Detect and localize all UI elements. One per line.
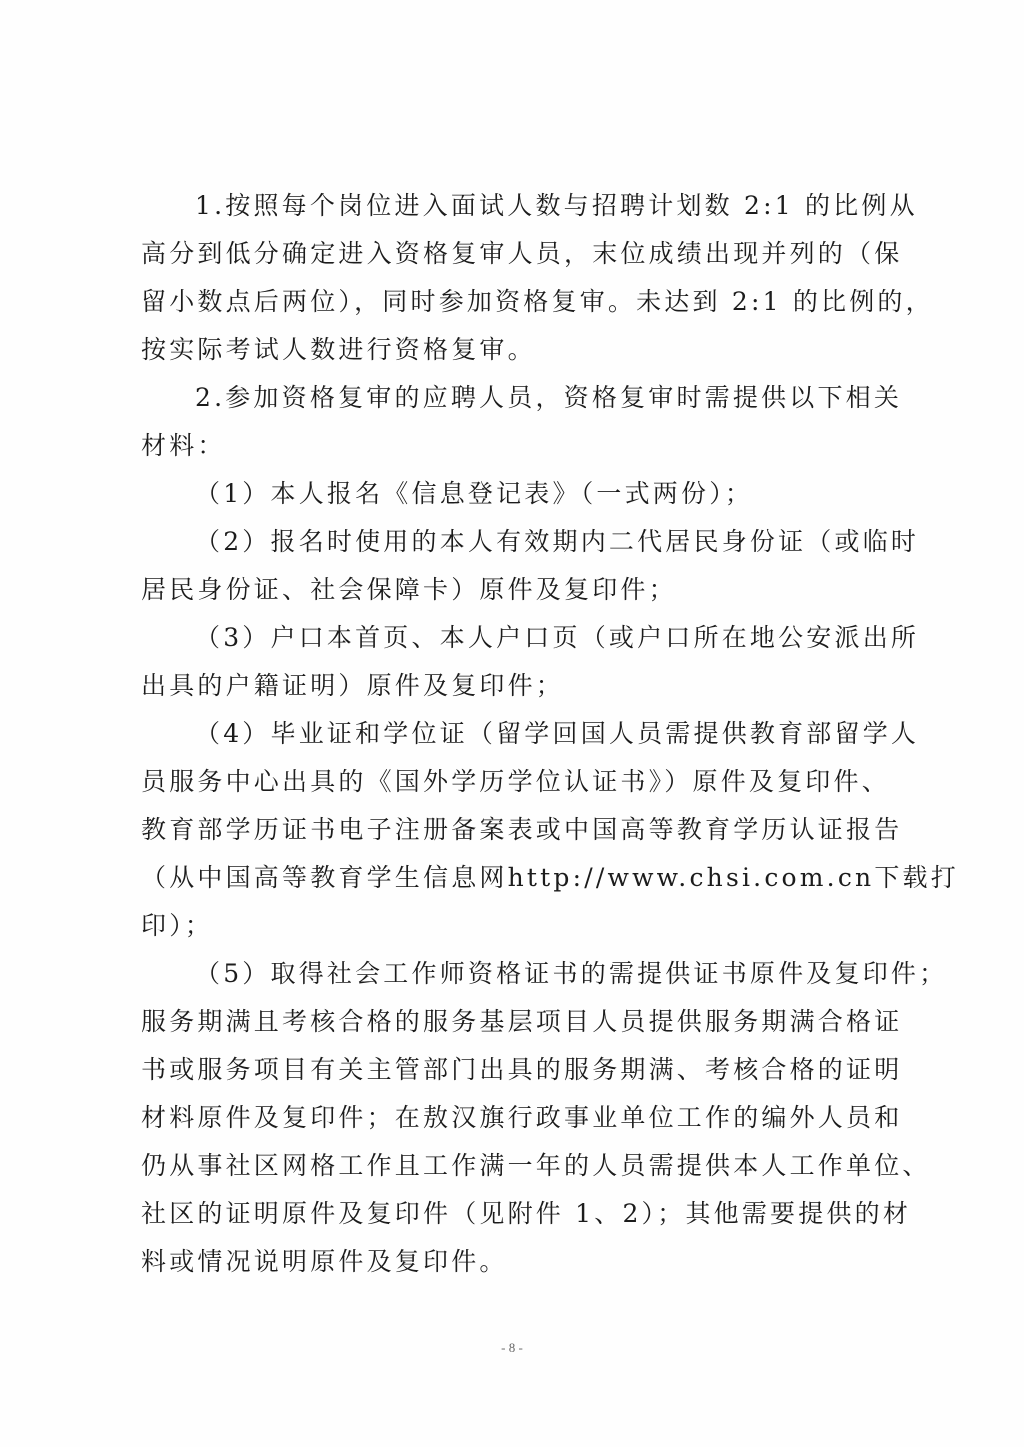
text-line: 留小数点后两位），同时参加资格复审。未达到 2:1 的比例的， [141, 278, 886, 326]
text-line: （从中国高等教育学生信息网http://www.chsi.com.cn下载打 [141, 854, 886, 902]
list-item-5: （5）取得社会工作师资格证书的需提供证书原件及复印件； [141, 950, 886, 998]
list-item-3: （3）户口本首页、本人户口页（或户口所在地公安派出所 [141, 614, 886, 662]
text-line: 服务期满且考核合格的服务基层项目人员提供服务期满合格证 [141, 998, 886, 1046]
document-page: 1.按照每个岗位进入面试人数与招聘计划数 2:1 的比例从 高分到低分确定进入资… [0, 0, 1024, 1447]
text-line: 2.参加资格复审的应聘人员，资格复审时需提供以下相关 [141, 374, 886, 422]
text-line: 教育部学历证书电子注册备案表或中国高等教育学历认证报告 [141, 806, 886, 854]
text-line: 居民身份证、社会保障卡）原件及复印件； [141, 566, 886, 614]
text-line: 1.按照每个岗位进入面试人数与招聘计划数 2:1 的比例从 [141, 182, 886, 230]
text-line: 高分到低分确定进入资格复审人员，末位成绩出现并列的（保 [141, 230, 886, 278]
document-body: 1.按照每个岗位进入面试人数与招聘计划数 2:1 的比例从 高分到低分确定进入资… [141, 182, 886, 1286]
list-item-2: （2）报名时使用的本人有效期内二代居民身份证（或临时 [141, 518, 886, 566]
text-line: 材料： [141, 422, 886, 470]
text-line: 印）； [141, 902, 886, 950]
text-line: 仍从事社区网格工作且工作满一年的人员需提供本人工作单位、 [141, 1142, 886, 1190]
text-line: 出具的户籍证明）原件及复印件； [141, 662, 886, 710]
page-number: - 8 - [0, 1340, 1024, 1356]
list-item-4: （4）毕业证和学位证（留学回国人员需提供教育部留学人 [141, 710, 886, 758]
text-line: 材料原件及复印件；在敖汉旗行政事业单位工作的编外人员和 [141, 1094, 886, 1142]
text-line: 员服务中心出具的《国外学历学位认证书》）原件及复印件、 [141, 758, 886, 806]
text-line: 料或情况说明原件及复印件。 [141, 1238, 886, 1286]
list-item-1: （1）本人报名《信息登记表》（一式两份）； [141, 470, 886, 518]
text-line: 书或服务项目有关主管部门出具的服务期满、考核合格的证明 [141, 1046, 886, 1094]
text-line: 社区的证明原件及复印件（见附件 1、2）；其他需要提供的材 [141, 1190, 886, 1238]
text-line: 按实际考试人数进行资格复审。 [141, 326, 886, 374]
